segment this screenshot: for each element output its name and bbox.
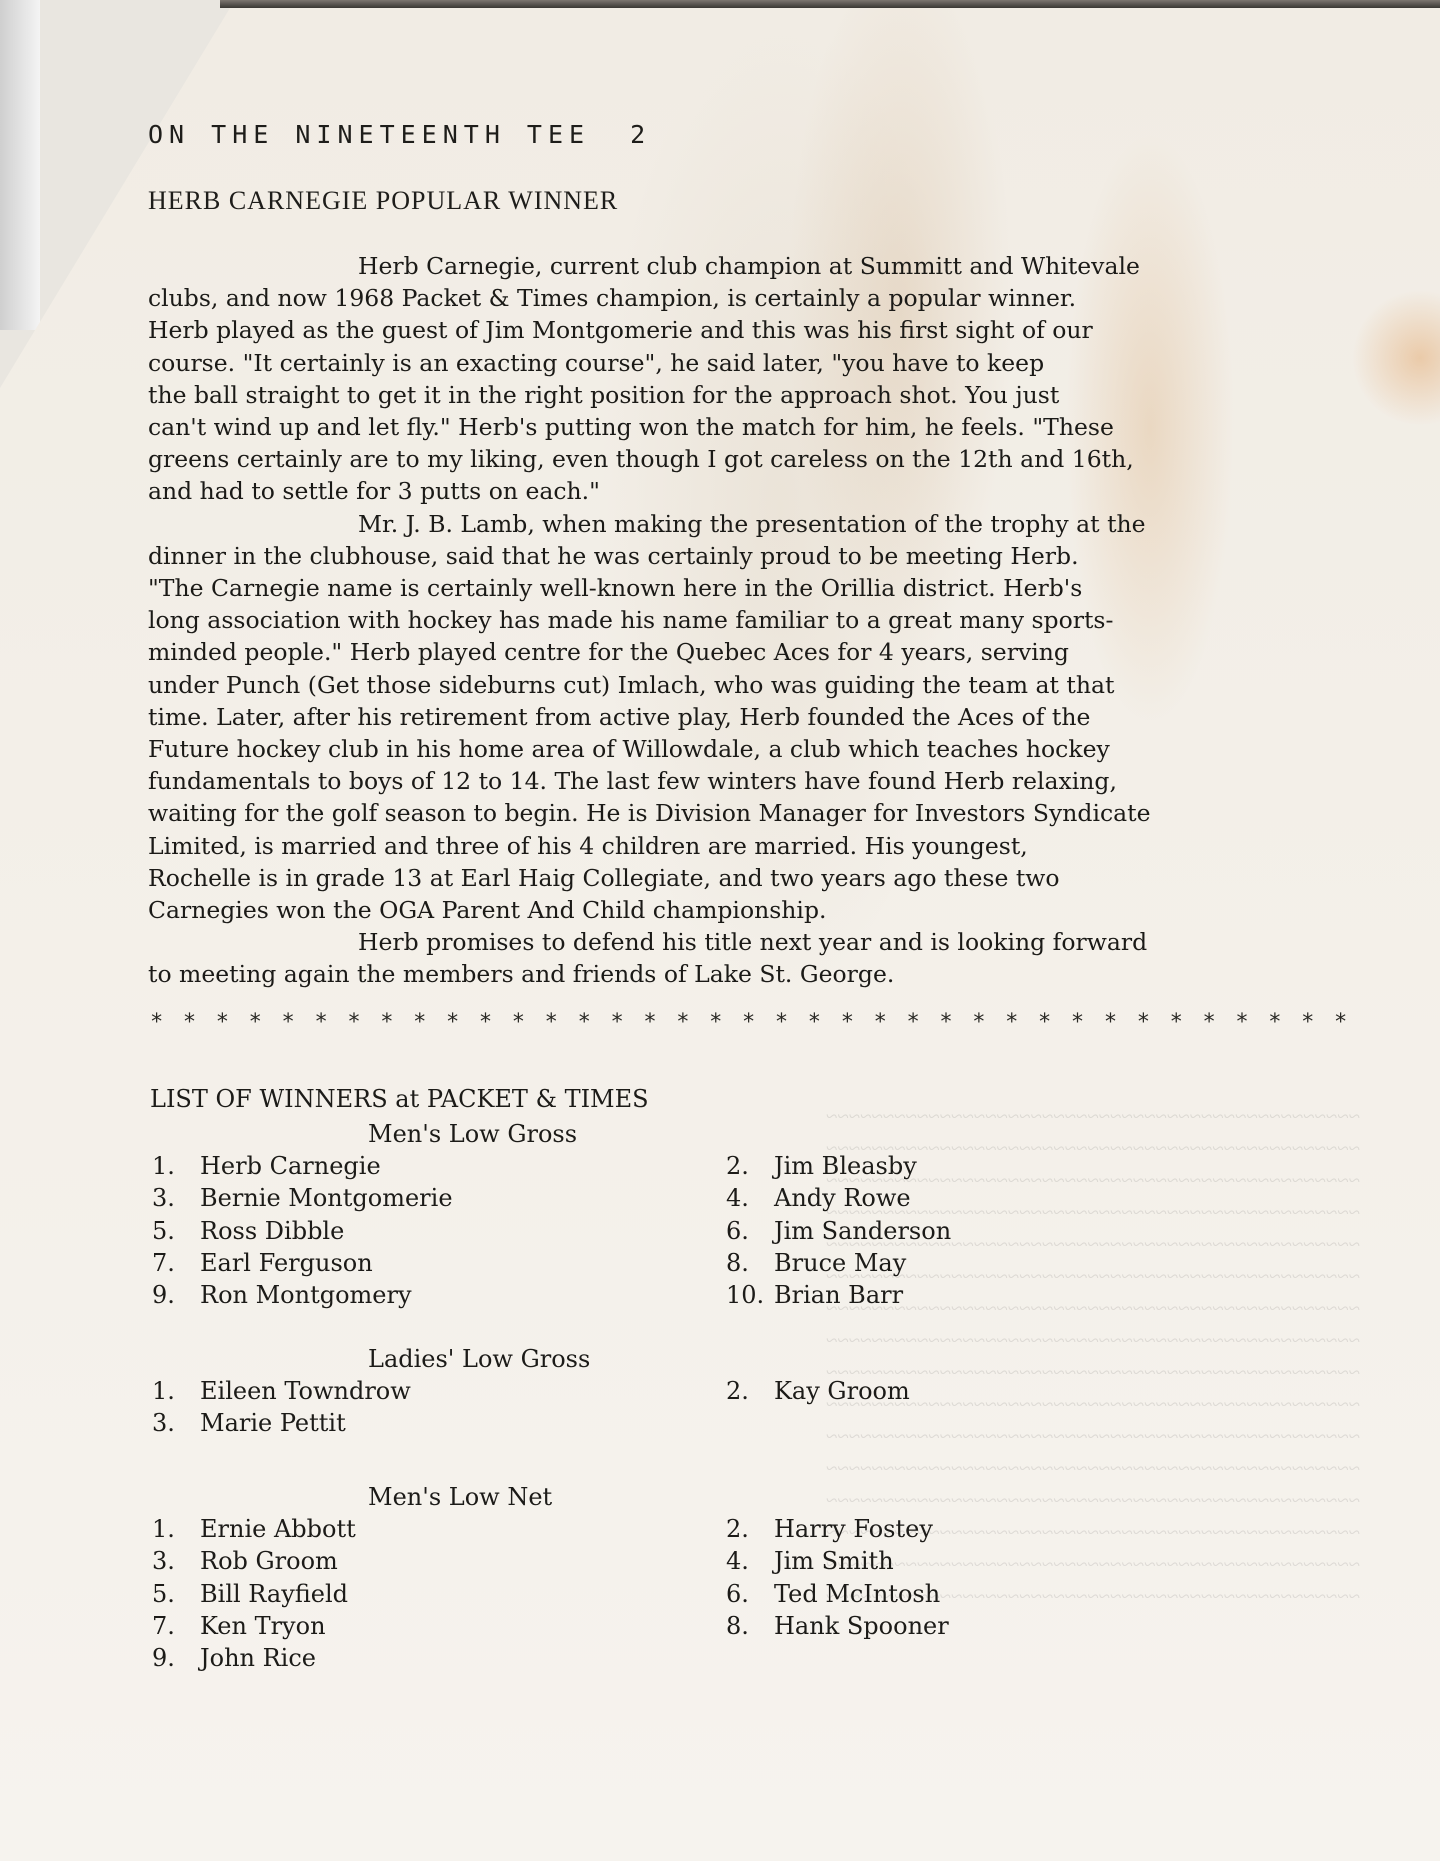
article-line: minded people." Herb played centre for t…: [148, 636, 1358, 668]
winner-rank: 3.: [152, 1184, 200, 1212]
winner-rank: 1.: [152, 1152, 200, 1180]
winner-entry: 1.Eileen Towndrow: [152, 1377, 411, 1405]
article-line: and had to settle for 3 putts on each.": [148, 475, 1358, 507]
winner-entry: 1.Ernie Abbott: [152, 1515, 356, 1543]
winner-name: Eileen Towndrow: [200, 1377, 411, 1405]
winner-entry: 2.Kay Groom: [726, 1377, 910, 1405]
winner-name: Brian Barr: [774, 1281, 903, 1309]
winner-name: Ted McIntosh: [774, 1580, 940, 1608]
masthead: ON THE NINETEENTH TEE2: [148, 120, 651, 149]
article-line: dinner in the clubhouse, said that he wa…: [148, 540, 1358, 572]
winner-rank: 8.: [726, 1612, 774, 1640]
winners-section-title: Men's Low Net: [368, 1483, 552, 1511]
winner-rank: 7.: [152, 1249, 200, 1277]
article-line: Carnegies won the OGA Parent And Child c…: [148, 894, 1358, 926]
winner-name: John Rice: [200, 1644, 316, 1672]
winner-rank: 3.: [152, 1547, 200, 1575]
page-number: 2: [630, 120, 651, 149]
winner-entry: 3.Bernie Montgomerie: [152, 1184, 453, 1212]
winner-name: Jim Smith: [774, 1547, 894, 1575]
winner-name: Ken Tryon: [200, 1612, 326, 1640]
winner-name: Rob Groom: [200, 1547, 338, 1575]
winner-rank: 2.: [726, 1152, 774, 1180]
article-line: Herb Carnegie, current club champion at …: [148, 250, 1358, 282]
winner-entry: 5.Ross Dibble: [152, 1217, 344, 1245]
article-line: Herb promises to defend his title next y…: [148, 926, 1358, 958]
winner-entry: 2.Harry Fostey: [726, 1515, 933, 1543]
winner-rank: 8.: [726, 1249, 774, 1277]
winner-rank: 3.: [152, 1409, 200, 1437]
article-line: course. "It certainly is an exacting cou…: [148, 347, 1358, 379]
winner-name: Ron Montgomery: [200, 1281, 412, 1309]
winner-name: Harry Fostey: [774, 1515, 933, 1543]
article-line: greens certainly are to my liking, even …: [148, 443, 1358, 475]
winner-rank: 5.: [152, 1217, 200, 1245]
winner-name: Andy Rowe: [774, 1184, 911, 1212]
article-line: waiting for the golf season to begin. He…: [148, 797, 1358, 829]
winner-entry: 7.Earl Ferguson: [152, 1249, 373, 1277]
article-line: time. Later, after his retirement from a…: [148, 701, 1358, 733]
article-line: Rochelle is in grade 13 at Earl Haig Col…: [148, 862, 1358, 894]
winner-entry: 7.Ken Tryon: [152, 1612, 326, 1640]
article-line: to meeting again the members and friends…: [148, 958, 1358, 990]
winner-entry: 6.Jim Sanderson: [726, 1217, 951, 1245]
article-line: Future hockey club in his home area of W…: [148, 733, 1358, 765]
article-line: long association with hockey has made hi…: [148, 604, 1358, 636]
winner-entry: 3.Rob Groom: [152, 1547, 338, 1575]
winner-rank: 2.: [726, 1377, 774, 1405]
winner-entry: 4.Andy Rowe: [726, 1184, 911, 1212]
article-line: clubs, and now 1968 Packet & Times champ…: [148, 282, 1358, 314]
winner-name: Ernie Abbott: [200, 1515, 356, 1543]
winner-entry: 1.Herb Carnegie: [152, 1152, 381, 1180]
winner-entry: 3.Marie Pettit: [152, 1409, 346, 1437]
winner-entry: 9.John Rice: [152, 1644, 316, 1672]
winner-name: Jim Bleasby: [774, 1152, 917, 1180]
winner-entry: 9.Ron Montgomery: [152, 1281, 412, 1309]
winner-name: Earl Ferguson: [200, 1249, 373, 1277]
winner-name: Bernie Montgomerie: [200, 1184, 453, 1212]
winner-name: Jim Sanderson: [774, 1217, 951, 1245]
winner-rank: 4.: [726, 1184, 774, 1212]
winner-entry: 5.Bill Rayfield: [152, 1580, 348, 1608]
winners-section-title: Ladies' Low Gross: [368, 1345, 590, 1373]
winner-entry: 2.Jim Bleasby: [726, 1152, 917, 1180]
winner-name: Marie Pettit: [200, 1409, 346, 1437]
winner-rank: 2.: [726, 1515, 774, 1543]
newsletter-title: ON THE NINETEENTH TEE: [148, 120, 590, 149]
article-line: Limited, is married and three of his 4 c…: [148, 830, 1358, 862]
article-line: Herb played as the guest of Jim Montgome…: [148, 314, 1358, 346]
article-body: Herb Carnegie, current club champion at …: [148, 250, 1358, 991]
winner-entry: 4.Jim Smith: [726, 1547, 894, 1575]
winner-rank: 9.: [152, 1644, 200, 1672]
winner-entry: 8.Hank Spooner: [726, 1612, 949, 1640]
winners-section-title: Men's Low Gross: [368, 1120, 577, 1148]
article-line: Mr. J. B. Lamb, when making the presenta…: [148, 508, 1358, 540]
article-line: can't wind up and let fly." Herb's putti…: [148, 411, 1358, 443]
scan-shadow: [0, 0, 40, 330]
article-line: under Punch (Get those sideburns cut) Im…: [148, 669, 1358, 701]
article-headline: HERB CARNEGIE POPULAR WINNER: [148, 186, 618, 216]
scan-edge: [220, 0, 1440, 8]
winner-name: Ross Dibble: [200, 1217, 344, 1245]
article-line: "The Carnegie name is certainly well-kno…: [148, 572, 1358, 604]
winner-rank: 5.: [152, 1580, 200, 1608]
asterisk-divider: * * * * * * * * * * * * * * * * * * * * …: [150, 1010, 1350, 1035]
winner-entry: 10.Brian Barr: [726, 1281, 903, 1309]
winner-rank: 10.: [726, 1281, 774, 1309]
winner-rank: 4.: [726, 1547, 774, 1575]
winner-rank: 1.: [152, 1377, 200, 1405]
winner-rank: 6.: [726, 1580, 774, 1608]
winner-name: Hank Spooner: [774, 1612, 949, 1640]
winner-name: Kay Groom: [774, 1377, 910, 1405]
winner-rank: 6.: [726, 1217, 774, 1245]
winner-name: Bruce May: [774, 1249, 906, 1277]
winner-name: Bill Rayfield: [200, 1580, 348, 1608]
winner-rank: 7.: [152, 1612, 200, 1640]
winner-entry: 6.Ted McIntosh: [726, 1580, 940, 1608]
winner-name: Herb Carnegie: [200, 1152, 381, 1180]
winners-list-title: LIST OF WINNERS at PACKET & TIMES: [150, 1085, 649, 1113]
winner-rank: 9.: [152, 1281, 200, 1309]
article-line: fundamentals to boys of 12 to 14. The la…: [148, 765, 1358, 797]
article-line: the ball straight to get it in the right…: [148, 379, 1358, 411]
winner-rank: 1.: [152, 1515, 200, 1543]
winner-entry: 8.Bruce May: [726, 1249, 906, 1277]
